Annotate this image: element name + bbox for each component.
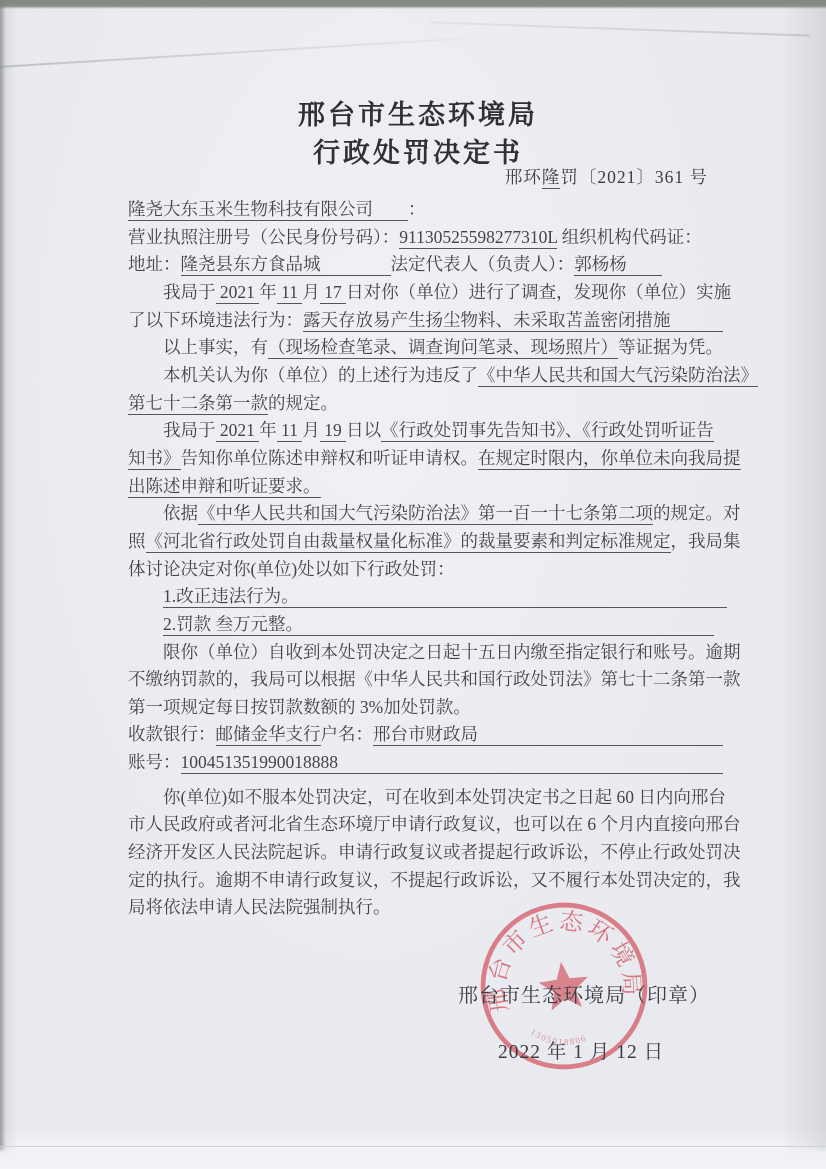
underlined-text: 隆 xyxy=(542,167,561,189)
text-run: 户名： xyxy=(321,724,374,744)
underlined-text: （现场检查笔录、调查询问笔录、现场照片） xyxy=(268,337,618,359)
text-run: 日以 xyxy=(346,420,381,440)
text-run: 年 xyxy=(259,420,277,440)
body-line: 收款银行：邮储金华支行户名：邢台市财政局 xyxy=(128,721,768,749)
body-line: 知书》告知你单位陈述申辩权和听证申请权。在规定时限内，你单位未向我局提 xyxy=(128,445,768,473)
text-run: 经济开发区人民法院起诉。申请行政复议或者提起行政诉讼，不停止行政处罚决 xyxy=(128,842,741,862)
text-run: 的规定。 xyxy=(268,393,338,413)
body-line: 本机关认为你（单位）的上述行为违反了《中华人民共和国大气污染防治法》 xyxy=(128,362,768,390)
body-line: 局将依法申请人民法院强制执行。 xyxy=(128,894,768,922)
text-run: 第一项规定每日按罚款数额的 3%加处罚款。 xyxy=(128,697,471,717)
underlined-text: 出陈述申辩和听证要求。 xyxy=(128,476,321,498)
underlined-text: 隆尧县东方食品城 xyxy=(181,254,391,276)
text-run: 地址： xyxy=(128,254,181,274)
document-body: 隆尧大东玉米生物科技有限公司 ：营业执照注册号（公民身份号码）：91130525… xyxy=(128,196,768,922)
text-run: 体讨论决定对你(单位)处以如下行政处罚： xyxy=(128,559,455,579)
body-line: 体讨论决定对你(单位)处以如下行政处罚： xyxy=(128,556,768,584)
underlined-text: 1.改正违法行为。 xyxy=(163,586,727,608)
body-line: 出陈述申辩和听证要求。 xyxy=(128,473,768,501)
document-title-line1: 邢台市生态环境局 xyxy=(0,96,826,134)
body-line: 账号：100451351990018888 xyxy=(128,749,768,777)
body-line: 经济开发区人民法院起诉。申请行政复议或者提起行政诉讼，不停止行政处罚决 xyxy=(128,839,768,867)
scan-bottom-edge xyxy=(0,1146,826,1169)
underlined-text: 11 xyxy=(277,282,303,304)
text-run: 告知你单位陈述申辩权和听证申请权。 xyxy=(181,448,479,468)
text-run: 的规定。对 xyxy=(653,503,741,523)
body-line: 营业执照注册号（公民身份号码）：91130525598277310L 组织机构代… xyxy=(128,224,768,252)
body-line: 定的执行。逾期不申请行政复议，不提起行政诉讼，又不履行本处罚决定的，我 xyxy=(128,867,768,895)
body-line: 照《河北省行政处罚自由裁量权量化标准》的裁量要素和判定标准规定，我局集 xyxy=(128,528,768,556)
text-run: ，我局集 xyxy=(671,531,741,551)
underlined-text: 《中华人民共和国大气污染防治法》 xyxy=(478,365,758,387)
underlined-text: 19 xyxy=(320,420,346,442)
underlined-text: 在规定时限内，你单位未向我局提 xyxy=(478,448,741,470)
underlined-text: 露天存放易产生扬尘物料、未采取苫盖密闭措施 xyxy=(303,310,723,332)
underlined-text: 2021 xyxy=(216,282,260,304)
issuer-signature: 邢台市生态环境局（印章） xyxy=(458,979,710,1008)
underlined-text: 17 xyxy=(320,282,346,304)
underlined-text: 2021 xyxy=(216,420,260,442)
text-run: ： xyxy=(408,199,426,219)
document-title: 邢台市生态环境局 行政处罚决定书 xyxy=(0,96,826,172)
underlined-text: 隆尧大东玉米生物科技有限公司 xyxy=(128,199,408,221)
body-line: 不缴纳罚款的，我局可以根据《中华人民共和国行政处罚法》第七十二条第一款 xyxy=(128,666,768,694)
body-line: 我局于 2021 年 11 月 19 日以《行政处罚事先告知书》、《行政处罚听证… xyxy=(128,417,768,445)
underlined-text: 《河北省行政处罚自由裁量权量化标准》的裁量要素和判定标准规定 xyxy=(146,531,671,553)
underlined-text: 第七十二条第一款 xyxy=(128,393,268,415)
underlined-text: 91130525598277310L xyxy=(399,227,557,249)
underlined-text: 《行政处罚事先告知书》、《行政处罚听证告 xyxy=(381,420,714,442)
underlined-text: 11 xyxy=(277,420,303,442)
body-line: 以上事实，有（现场检查笔录、调查询问笔录、现场照片）等证据为凭。 xyxy=(128,334,768,362)
text-run: 邢环 xyxy=(505,167,542,187)
paper-crease xyxy=(430,21,810,36)
text-run: 罚〔2021〕361 号 xyxy=(560,167,708,187)
body-line: 隆尧大东玉米生物科技有限公司 ： xyxy=(128,196,768,224)
text-run: 依据 xyxy=(128,503,198,523)
text-run: 组织机构代码证： xyxy=(557,227,701,247)
underlined-text: 《中华人民共和国大气污染防治法》第一百一十七条第二项 xyxy=(198,503,653,525)
text-run: 市人民政府或者河北省生态环境厅申请行政复议，也可以在 6 个月内直接向邢台 xyxy=(128,814,741,834)
text-run: 以上事实，有 xyxy=(128,337,268,357)
text-run: 月 xyxy=(302,420,320,440)
text-run: 了以下环境违法行为： xyxy=(128,310,303,330)
body-line: 了以下环境违法行为：露天存放易产生扬尘物料、未采取苫盖密闭措施 xyxy=(128,307,768,335)
body-line: 你(单位)如不服本处罚决定，可在收到本处罚决定书之日起 60 日内向邢台 xyxy=(128,784,768,812)
text-run xyxy=(128,614,163,634)
underlined-text: 邢台市财政局 xyxy=(373,724,723,746)
underlined-text: 郭杨杨 xyxy=(574,254,662,276)
body-line: 地址：隆尧县东方食品城 法定代表人（负责人）：郭杨杨 xyxy=(128,251,768,279)
issue-date: 2022 年 1 月 12 日 xyxy=(498,1036,664,1064)
body-line: 2.罚款 叁万元整。 xyxy=(128,611,768,639)
text-run: 照 xyxy=(128,531,146,551)
text-run: 等证据为凭。 xyxy=(618,337,723,357)
text-run: 营业执照注册号（公民身份号码）： xyxy=(128,227,399,247)
scanned-document-page: 邢台市生态环境局 行政处罚决定书 邢环隆罚〔2021〕361 号 隆尧大东玉米生… xyxy=(0,0,826,1169)
text-run: 你(单位)如不服本处罚决定，可在收到本处罚决定书之日起 60 日内向邢台 xyxy=(128,787,726,807)
text-run: 月 xyxy=(302,282,320,302)
text-run: 我局于 xyxy=(128,420,216,440)
text-run: 定的执行。逾期不申请行政复议，不提起行政诉讼，又不履行本处罚决定的，我 xyxy=(128,870,741,890)
underlined-text: 知书》 xyxy=(128,448,181,470)
body-line: 我局于 2021 年 11 月 17 日对你（单位）进行了调查，发现你（单位）实… xyxy=(128,279,768,307)
underlined-text: 2.罚款 叁万元整。 xyxy=(163,614,714,636)
body-line: 第七十二条第一款的规定。 xyxy=(128,390,768,418)
text-run: 年 xyxy=(259,282,277,302)
document-number: 邢环隆罚〔2021〕361 号 xyxy=(505,164,708,189)
body-line: 市人民政府或者河北省生态环境厅申请行政复议，也可以在 6 个月内直接向邢台 xyxy=(128,811,768,839)
text-run: 法定代表人（负责人）： xyxy=(391,254,575,274)
text-run: 我局于 xyxy=(128,282,216,302)
body-line: 限你（单位）自收到本处罚决定之日起十五日内缴至指定银行和账号。逾期 xyxy=(128,639,768,667)
underlined-text: 100451351990018888 xyxy=(181,752,724,774)
paper-crease xyxy=(0,38,462,69)
text-run: 本机关认为你（单位）的上述行为违反了 xyxy=(128,365,478,385)
text-run: 不缴纳罚款的，我局可以根据《中华人民共和国行政处罚法》第七十二条第一款 xyxy=(128,669,741,689)
body-line: 1.改正违法行为。 xyxy=(128,583,768,611)
text-run: 账号： xyxy=(128,752,181,772)
body-line: 第一项规定每日按罚款数额的 3%加处罚款。 xyxy=(128,694,768,722)
underlined-text: 邮储金华支行 xyxy=(216,724,321,746)
text-run: 限你（单位）自收到本处罚决定之日起十五日内缴至指定银行和账号。逾期 xyxy=(128,642,741,662)
text-run: 局将依法申请人民法院强制执行。 xyxy=(128,897,391,917)
text-run: 收款银行： xyxy=(128,724,216,744)
body-line: 依据《中华人民共和国大气污染防治法》第一百一十七条第二项的规定。对 xyxy=(128,500,768,528)
text-run: 日对你（单位）进行了调查，发现你（单位）实施 xyxy=(346,282,731,302)
text-run xyxy=(128,586,163,606)
